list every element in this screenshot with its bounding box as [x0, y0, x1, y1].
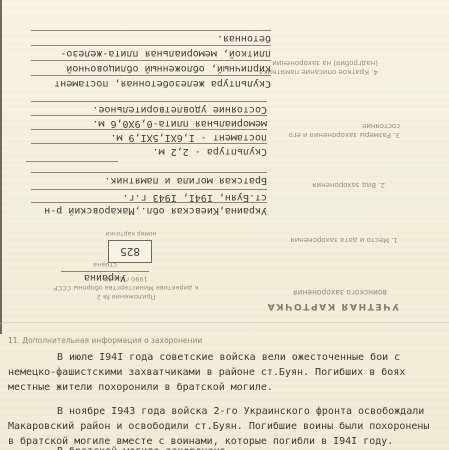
field-value-4d: бетонная. — [31, 30, 271, 44]
addendum-section-label: 11. Дополнительная информация о захороне… — [8, 336, 202, 345]
card-front-rotated: УЧЕТНАЯ КАРТОЧКА воинского захоронения П… — [0, 0, 449, 330]
card-number-value: 825 — [120, 245, 140, 258]
paragraph2-line2: Макаровский район и освободили ст.Буян. … — [8, 421, 429, 433]
paragraph1-line3: местные жители похоронили в братской мог… — [8, 382, 273, 394]
field-value-3b: постамент - I,6ХI,5ХI,9 м. — [31, 129, 267, 143]
card-number-box: 825 — [108, 240, 152, 263]
paragraph3-partial-line: В братской могиле захоронено — [57, 446, 437, 450]
field-value-3a: Скульптура - 2,2 м. — [31, 143, 267, 157]
field-value-4b: кирпичный, обложенный облицовочной — [31, 60, 271, 74]
paragraph1-line1: В июле I94I года советские войска вели о… — [57, 352, 400, 364]
field-value-1a: Украина,Киевская обл.,Макаровский р-н — [31, 202, 267, 216]
field-value-4c: плиткой, мемориальная плита-железо- — [31, 45, 271, 59]
field-label-3: 3. Размеры захоронения и его состояние — [260, 121, 400, 139]
card-title: УЧЕТНАЯ КАРТОЧКА — [266, 301, 399, 311]
empty-rule — [26, 161, 118, 162]
fold-crease — [0, 322, 449, 324]
field-label-1: 1. Место и дата захоронения — [268, 235, 398, 244]
country-value: Украина — [61, 271, 149, 283]
annex-line2: к директиве Министерства обороны СССР — [51, 283, 201, 292]
paragraph2-line1: В ноябре I943 года войска 2-го Украинско… — [57, 406, 424, 418]
field-value-2: Братская могила и памятник. — [31, 172, 267, 186]
field-value-3c: мемориальная плита-0,9Х0,6 м. — [31, 115, 267, 129]
scanned-burial-card: { "form": { "annex": { "line1": "Приложе… — [0, 0, 449, 450]
card-number-caption: номер карточки — [93, 229, 169, 238]
field-label-2: 2. Вид захоронения — [312, 180, 385, 189]
field-value-4a: Скульптура железобетонная, постамент — [31, 75, 271, 89]
field-value-3d: Состояние удовлетворительное. — [31, 101, 267, 115]
paragraph1-line2: немецко-фашистскими захватчиками в район… — [8, 367, 405, 379]
field-value-1b: ст.Буян, I94I, I943 г.г. — [31, 189, 267, 203]
card-subtitle: воинского захоронения — [281, 288, 399, 297]
annex-line1: Приложение № 2 — [51, 292, 201, 301]
